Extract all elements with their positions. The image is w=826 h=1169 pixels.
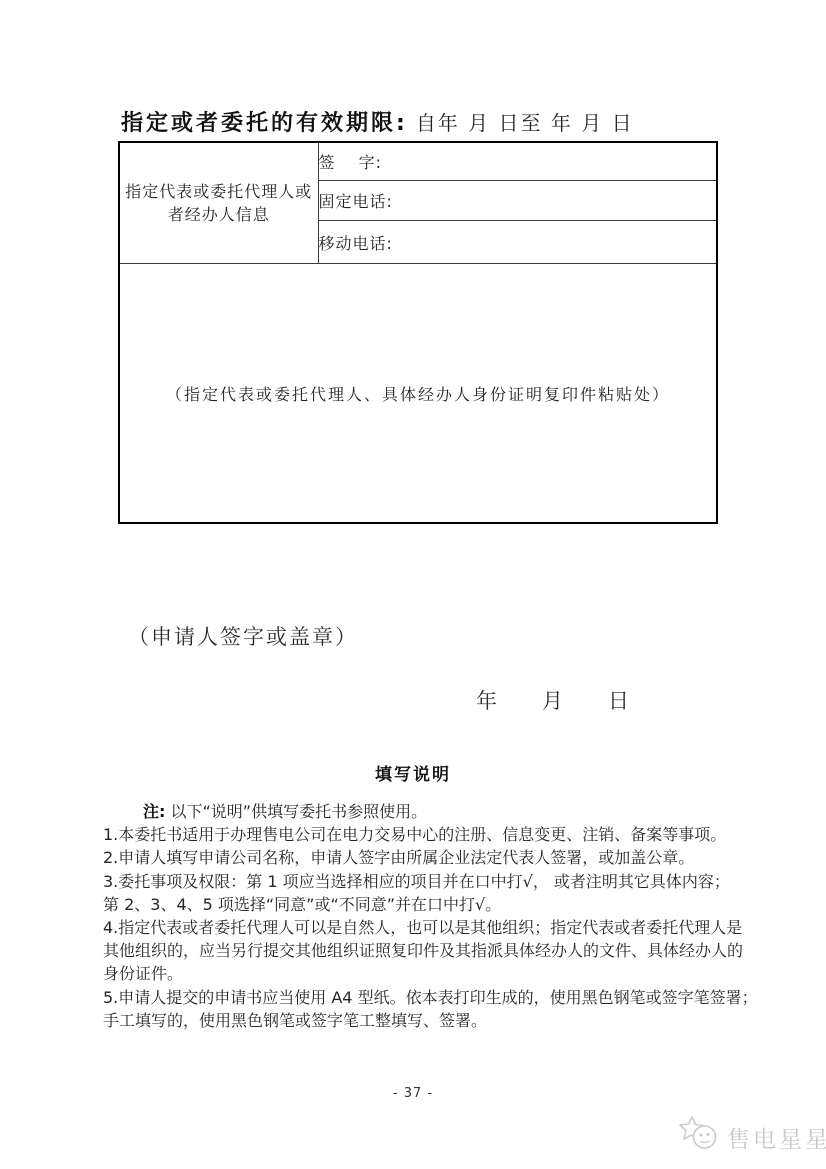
applicant-signature-label: （申请人签字或盖章） <box>128 621 358 651</box>
signature-field-cell: 签 字: <box>318 142 717 181</box>
agent-info-header-line: 者经办人信息 <box>120 203 318 226</box>
mobile-field-cell: 移动电话: <box>318 221 717 264</box>
id-copy-paste-cell: （指定代表或委托代理人、具体经办人身份证明复印件粘贴处） <box>119 264 717 524</box>
note-line: 身份证件。 <box>103 962 743 985</box>
agent-info-header-line: 指定代表或委托代理人或 <box>120 180 318 203</box>
note-label: 注: <box>143 802 165 821</box>
landline-field-cell: 固定电话: <box>318 181 717 221</box>
date-line: 年 月 日 <box>476 685 630 715</box>
agent-info-table: 指定代表或委托代理人或 者经办人信息 签 字: 固定电话: 移动电话: （指定代… <box>118 141 718 524</box>
document-page: 指定或者委托的有效期限:自年 月 日至 年 月 日 指定代表或委托代理人或 者经… <box>0 0 826 1169</box>
note-line: 5.申请人提交的申请书应当使用 A4 型纸。依本表打印生成的，使用黑色钢笔或签字… <box>103 986 743 1009</box>
agent-info-header-cell: 指定代表或委托代理人或 者经办人信息 <box>119 142 318 264</box>
note-line: 其他组织的，应当另行提交其他组织证照复印件及其指派具体经办人的文件、具体经办人的 <box>103 939 743 962</box>
instructions-title: 填写说明 <box>0 760 826 785</box>
xingxing-logo-icon <box>678 1114 722 1160</box>
landline-field-label: 固定电话: <box>319 192 393 211</box>
note-text: 以下“说明”供填写委托书参照使用。 <box>165 802 427 821</box>
mobile-field-label: 移动电话: <box>319 234 393 253</box>
validity-period-label: 指定或者委托的有效期限: <box>121 111 408 136</box>
note-line: 3.委托事项及权限：第 1 项应当选择相应的项目并在口中打√， 或者注明其它具体… <box>103 870 743 893</box>
note-line: 1.本委托书适用于办理售电公司在电力交易中心的注册、信息变更、注销、备案等事项。 <box>103 823 743 846</box>
instructions-notes: 注: 以下“说明”供填写委托书参照使用。 1.本委托书适用于办理售电公司在电力交… <box>103 800 743 1032</box>
page-title: 指定或者委托的有效期限:自年 月 日至 年 月 日 <box>121 106 634 137</box>
page-number: - 37 - <box>0 1086 826 1101</box>
note-line: 4.指定代表或者委托代理人可以是自然人，也可以是其他组织；指定代表或者委托代理人… <box>103 916 743 939</box>
note-line: 注: 以下“说明”供填写委托书参照使用。 <box>103 800 743 823</box>
watermark: 售电星星 <box>678 1114 826 1160</box>
note-line: 手工填写的，使用黑色钢笔或签字笔工整填写、签署。 <box>103 1009 743 1032</box>
note-line: 第 2、3、4、5 项选择“同意”或“不同意”并在口中打√。 <box>103 893 743 916</box>
signature-field-label: 签 字: <box>319 153 382 172</box>
watermark-text: 售电星星 <box>727 1121 826 1154</box>
validity-period-value: 自年 月 日至 年 月 日 <box>416 111 634 135</box>
note-line: 2.申请人填写申请公司名称，申请人签字由所属企业法定代表人签署，或加盖公章。 <box>103 846 743 869</box>
